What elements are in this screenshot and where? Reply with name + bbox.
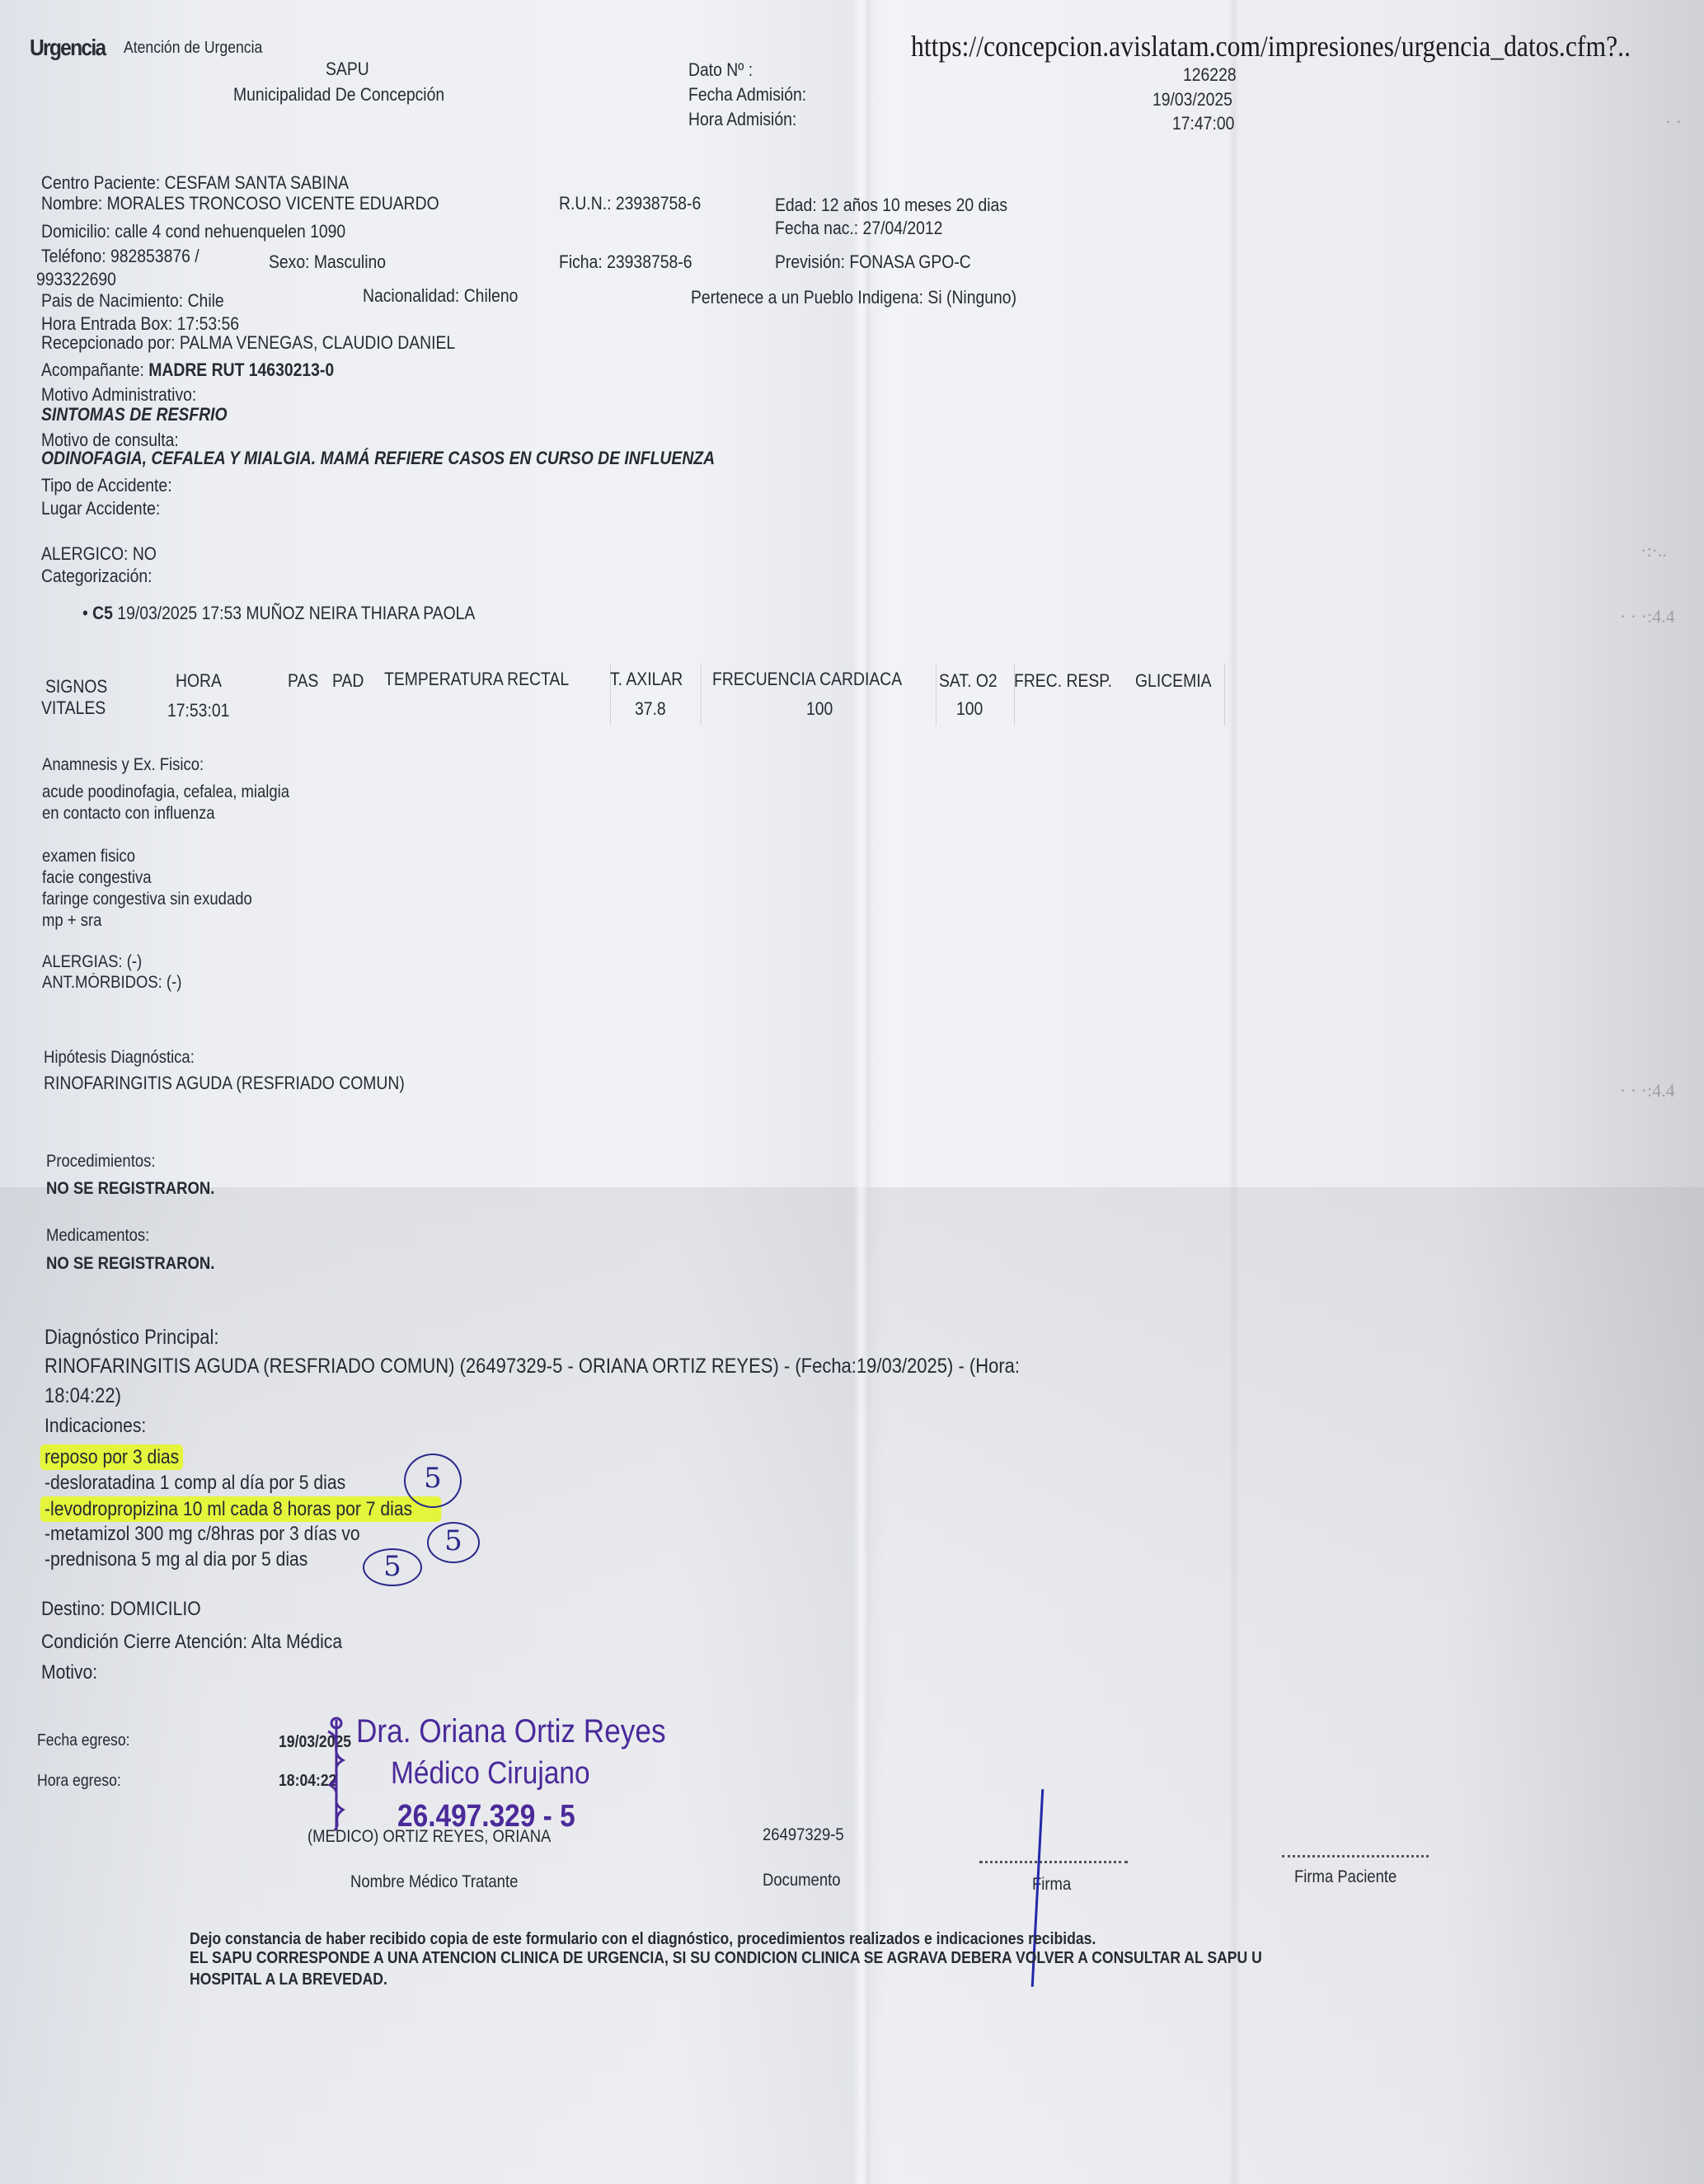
dato-value: 126228 bbox=[1183, 66, 1237, 84]
indicaciones-label: Indicaciones: bbox=[45, 1416, 146, 1436]
hora-box-label: Hora Entrada Box: bbox=[41, 313, 172, 334]
categorizacion-detail: 19/03/2025 17:53 MUÑOZ NEIRA THIARA PAOL… bbox=[117, 603, 475, 623]
diagnostico-principal-label: Diagnóstico Principal: bbox=[45, 1327, 219, 1348]
handwritten-circled-mark: 5 bbox=[404, 1454, 462, 1508]
documento-label: Documento bbox=[763, 1872, 841, 1889]
medico-name: (MEDICO) ORTIZ REYES, ORIANA bbox=[307, 1828, 551, 1845]
form-title: Atención de Urgencia bbox=[124, 40, 262, 56]
prevision-value: FONASA GPO-C bbox=[849, 251, 970, 272]
hora-admision-label: Hora Admisión: bbox=[688, 110, 796, 129]
vitals-col-hora: HORA bbox=[176, 672, 222, 690]
municipality: Municipalidad De Concepción bbox=[233, 86, 444, 104]
hipotesis-value: RINOFARINGITIS AGUDA (RESFRIADO COMUN) bbox=[44, 1074, 405, 1092]
centro-value: CESFAM SANTA SABINA bbox=[165, 172, 349, 193]
vitals-col-frec-resp: FREC. RESP. bbox=[1014, 672, 1112, 690]
vitals-t-axilar-value: 37.8 bbox=[635, 700, 666, 718]
fecha-nac-value: 27/04/2012 bbox=[863, 218, 943, 238]
destino-label: Destino: bbox=[41, 1598, 105, 1620]
acompanante-label: Acompañante: bbox=[41, 359, 144, 380]
sexo-label: Sexo: bbox=[269, 251, 310, 272]
motivo-label: Motivo: bbox=[41, 1663, 97, 1683]
bleed-through-mark: ·:·.. bbox=[1641, 540, 1667, 561]
recepcionado-value: PALMA VENEGAS, CLAUDIO DANIEL bbox=[180, 332, 455, 353]
nacionalidad-label: Nacionalidad: bbox=[363, 285, 459, 306]
hora-admision-value: 17:47:00 bbox=[1172, 115, 1234, 133]
anamnesis-line: faringe congestiva sin exudado bbox=[42, 890, 252, 908]
vitals-hora-value: 17:53:01 bbox=[167, 702, 229, 720]
pais-value: Chile bbox=[188, 290, 224, 311]
footer-line-3: HOSPITAL A LA BREVEDAD. bbox=[190, 1971, 387, 1988]
centro-label: Centro Paciente: bbox=[41, 172, 160, 193]
ficha-label: Ficha: bbox=[559, 251, 603, 272]
footer-line-2: EL SAPU CORRESPONDE A UNA ATENCION CLINI… bbox=[190, 1950, 1262, 1966]
fecha-admision-label: Fecha Admisión: bbox=[688, 86, 806, 104]
fecha-egreso-label: Fecha egreso: bbox=[37, 1732, 130, 1749]
bleed-through-mark: · · bbox=[1665, 111, 1682, 133]
motivo-admin-label: Motivo Administrativo: bbox=[41, 386, 196, 404]
categorizacion-code: C5 bbox=[92, 603, 113, 623]
diagnostico-principal-line-2: 18:04:22) bbox=[45, 1386, 121, 1407]
nombre-label: Nombre: bbox=[41, 193, 102, 214]
medico-label: Nombre Médico Tratante bbox=[350, 1873, 518, 1890]
overprint-title: Urgencia bbox=[30, 36, 105, 59]
ficha-value: 23938758-6 bbox=[607, 251, 692, 272]
procedimientos-label: Procedimientos: bbox=[46, 1153, 156, 1170]
indicacion-item: -levodropropizina 10 ml cada 8 horas por… bbox=[40, 1496, 442, 1522]
vitals-col-temp-rectal: TEMPERATURA RECTAL bbox=[384, 670, 569, 688]
vitals-col-glicemia: GLICEMIA bbox=[1135, 672, 1212, 690]
firma-line bbox=[979, 1861, 1128, 1863]
vitals-col-pas: PAS bbox=[288, 672, 318, 690]
alergico-value: NO bbox=[133, 543, 157, 564]
tipo-accidente-label: Tipo de Accidente: bbox=[41, 477, 172, 495]
recepcionado-label: Recepcionado por: bbox=[41, 332, 176, 353]
categorizacion-label: Categorización: bbox=[41, 567, 153, 585]
anamnesis-line: facie congestiva bbox=[42, 869, 152, 886]
indigena-value: Si (Ninguno) bbox=[927, 287, 1016, 308]
condicion-value: Alta Médica bbox=[251, 1631, 342, 1653]
indigena-label: Pertenece a un Pueblo Indigena: bbox=[691, 287, 923, 308]
firma-paciente-label: Firma Paciente bbox=[1294, 1868, 1397, 1886]
hora-egreso-label: Hora egreso: bbox=[37, 1773, 121, 1789]
telefono-label: Teléfono: bbox=[41, 246, 106, 266]
destino-value: DOMICILIO bbox=[110, 1598, 200, 1620]
vitals-frec-cardiaca-value: 100 bbox=[806, 700, 833, 718]
lugar-accidente-label: Lugar Accidente: bbox=[41, 500, 160, 518]
telefono-value-1: 982853876 / bbox=[110, 246, 200, 266]
footer-line-1: Dejo constancia de haber recibido copia … bbox=[190, 1931, 1096, 1947]
vitals-col-sat-o2: SAT. O2 bbox=[939, 672, 998, 690]
motivo-consulta-value: ODINOFAGIA, CEFALEA Y MIALGIA. MAMÁ REFI… bbox=[41, 449, 715, 467]
edad-value: 12 años 10 meses 20 dias bbox=[821, 195, 1007, 215]
hipotesis-label: Hipótesis Diagnóstica: bbox=[44, 1049, 195, 1066]
condicion-label: Condición Cierre Atención: bbox=[41, 1631, 247, 1653]
edad-label: Edad: bbox=[775, 195, 817, 215]
alergico-label: ALERGICO: bbox=[41, 543, 128, 564]
acompanante-value: MADRE RUT 14630213-0 bbox=[148, 359, 334, 380]
vitals-col-pad: PAD bbox=[332, 672, 364, 690]
anamnesis-line: mp + sra bbox=[42, 912, 101, 929]
paper-shadow bbox=[0, 1187, 1704, 2184]
anamnesis-line: examen fisico bbox=[42, 848, 135, 865]
vitals-row-label-2: VITALES bbox=[41, 699, 106, 717]
bleed-through-mark: · · ·:4.4 bbox=[1620, 1080, 1675, 1101]
nombre-value: MORALES TRONCOSO VICENTE EDUARDO bbox=[107, 193, 439, 214]
domicilio-label: Domicilio: bbox=[41, 221, 110, 242]
vitals-col-frec-cardiaca: FRECUENCIA CARDIACA bbox=[712, 670, 902, 688]
diagnostico-principal-line-1: RINOFARINGITIS AGUDA (RESFRIADO COMUN) (… bbox=[45, 1356, 1020, 1377]
firma-paciente-line bbox=[1282, 1855, 1429, 1858]
anamnesis-line: acude poodinofagia, cefalea, mialgia bbox=[42, 783, 289, 801]
indicacion-item: -desloratadina 1 comp al día por 5 dias bbox=[45, 1473, 345, 1493]
sexo-value: Masculino bbox=[314, 251, 386, 272]
vitals-row-label-1: SIGNOS bbox=[45, 678, 107, 696]
paper-fold bbox=[853, 0, 870, 2184]
stamp-line-2: Médico Cirujano bbox=[391, 1758, 590, 1789]
bleed-through-mark: · · ·:4.4 bbox=[1620, 606, 1675, 627]
run-label: R.U.N.: bbox=[559, 193, 611, 214]
caduceus-icon bbox=[320, 1715, 353, 1834]
anamnesis-line: en contacto con influenza bbox=[42, 805, 215, 822]
indicacion-item: -metamizol 300 mg c/8hras por 3 días vo bbox=[45, 1524, 360, 1544]
handwritten-circled-mark: 5 bbox=[363, 1548, 422, 1586]
anamnesis-line: ALERGIAS: (-) bbox=[42, 953, 142, 970]
medicamentos-label: Medicamentos: bbox=[46, 1227, 149, 1244]
fecha-nac-label: Fecha nac.: bbox=[775, 218, 858, 238]
vitals-col-t-axilar: T. AXILAR bbox=[610, 670, 683, 688]
fecha-admision-value: 19/03/2025 bbox=[1152, 91, 1232, 109]
anamnesis-label: Anamnesis y Ex. Fisico: bbox=[42, 756, 204, 773]
dato-label: Dato Nº : bbox=[688, 61, 753, 79]
indicacion-item: -prednisona 5 mg al dia por 5 dias bbox=[45, 1550, 307, 1570]
vitals-sat-o2-value: 100 bbox=[956, 700, 983, 718]
paper-fold bbox=[1228, 0, 1240, 2184]
categorizacion-entry: • C5 19/03/2025 17:53 MUÑOZ NEIRA THIARA… bbox=[82, 604, 475, 622]
nacionalidad-value: Chileno bbox=[464, 285, 519, 306]
motivo-consulta-label: Motivo de consulta: bbox=[41, 431, 179, 449]
domicilio-value: calle 4 cond nehuenquelen 1090 bbox=[115, 221, 345, 242]
prevision-label: Previsión: bbox=[775, 251, 845, 272]
anamnesis-line: ANT.MÓRBIDOS: (-) bbox=[42, 974, 181, 991]
run-value: 23938758-6 bbox=[616, 193, 701, 214]
pais-label: Pais de Nacimiento: bbox=[41, 290, 183, 311]
medicamentos-value: NO SE REGISTRARON. bbox=[46, 1255, 214, 1272]
handwritten-circled-mark: 5 bbox=[427, 1522, 480, 1563]
indicacion-item: reposo por 3 dias bbox=[40, 1444, 184, 1470]
procedimientos-value: NO SE REGISTRARON. bbox=[46, 1180, 214, 1197]
print-url: https://concepcion.avislatam.com/impresi… bbox=[911, 31, 1631, 61]
telefono-value-2: 993322690 bbox=[36, 270, 116, 289]
org-name: SAPU bbox=[326, 60, 369, 78]
documento-value: 26497329-5 bbox=[763, 1826, 844, 1843]
stamp-line-1: Dra. Oriana Ortiz Reyes bbox=[356, 1715, 666, 1748]
hora-box-value: 17:53:56 bbox=[177, 313, 239, 334]
motivo-admin-value: SINTOMAS DE RESFRIO bbox=[41, 406, 228, 424]
